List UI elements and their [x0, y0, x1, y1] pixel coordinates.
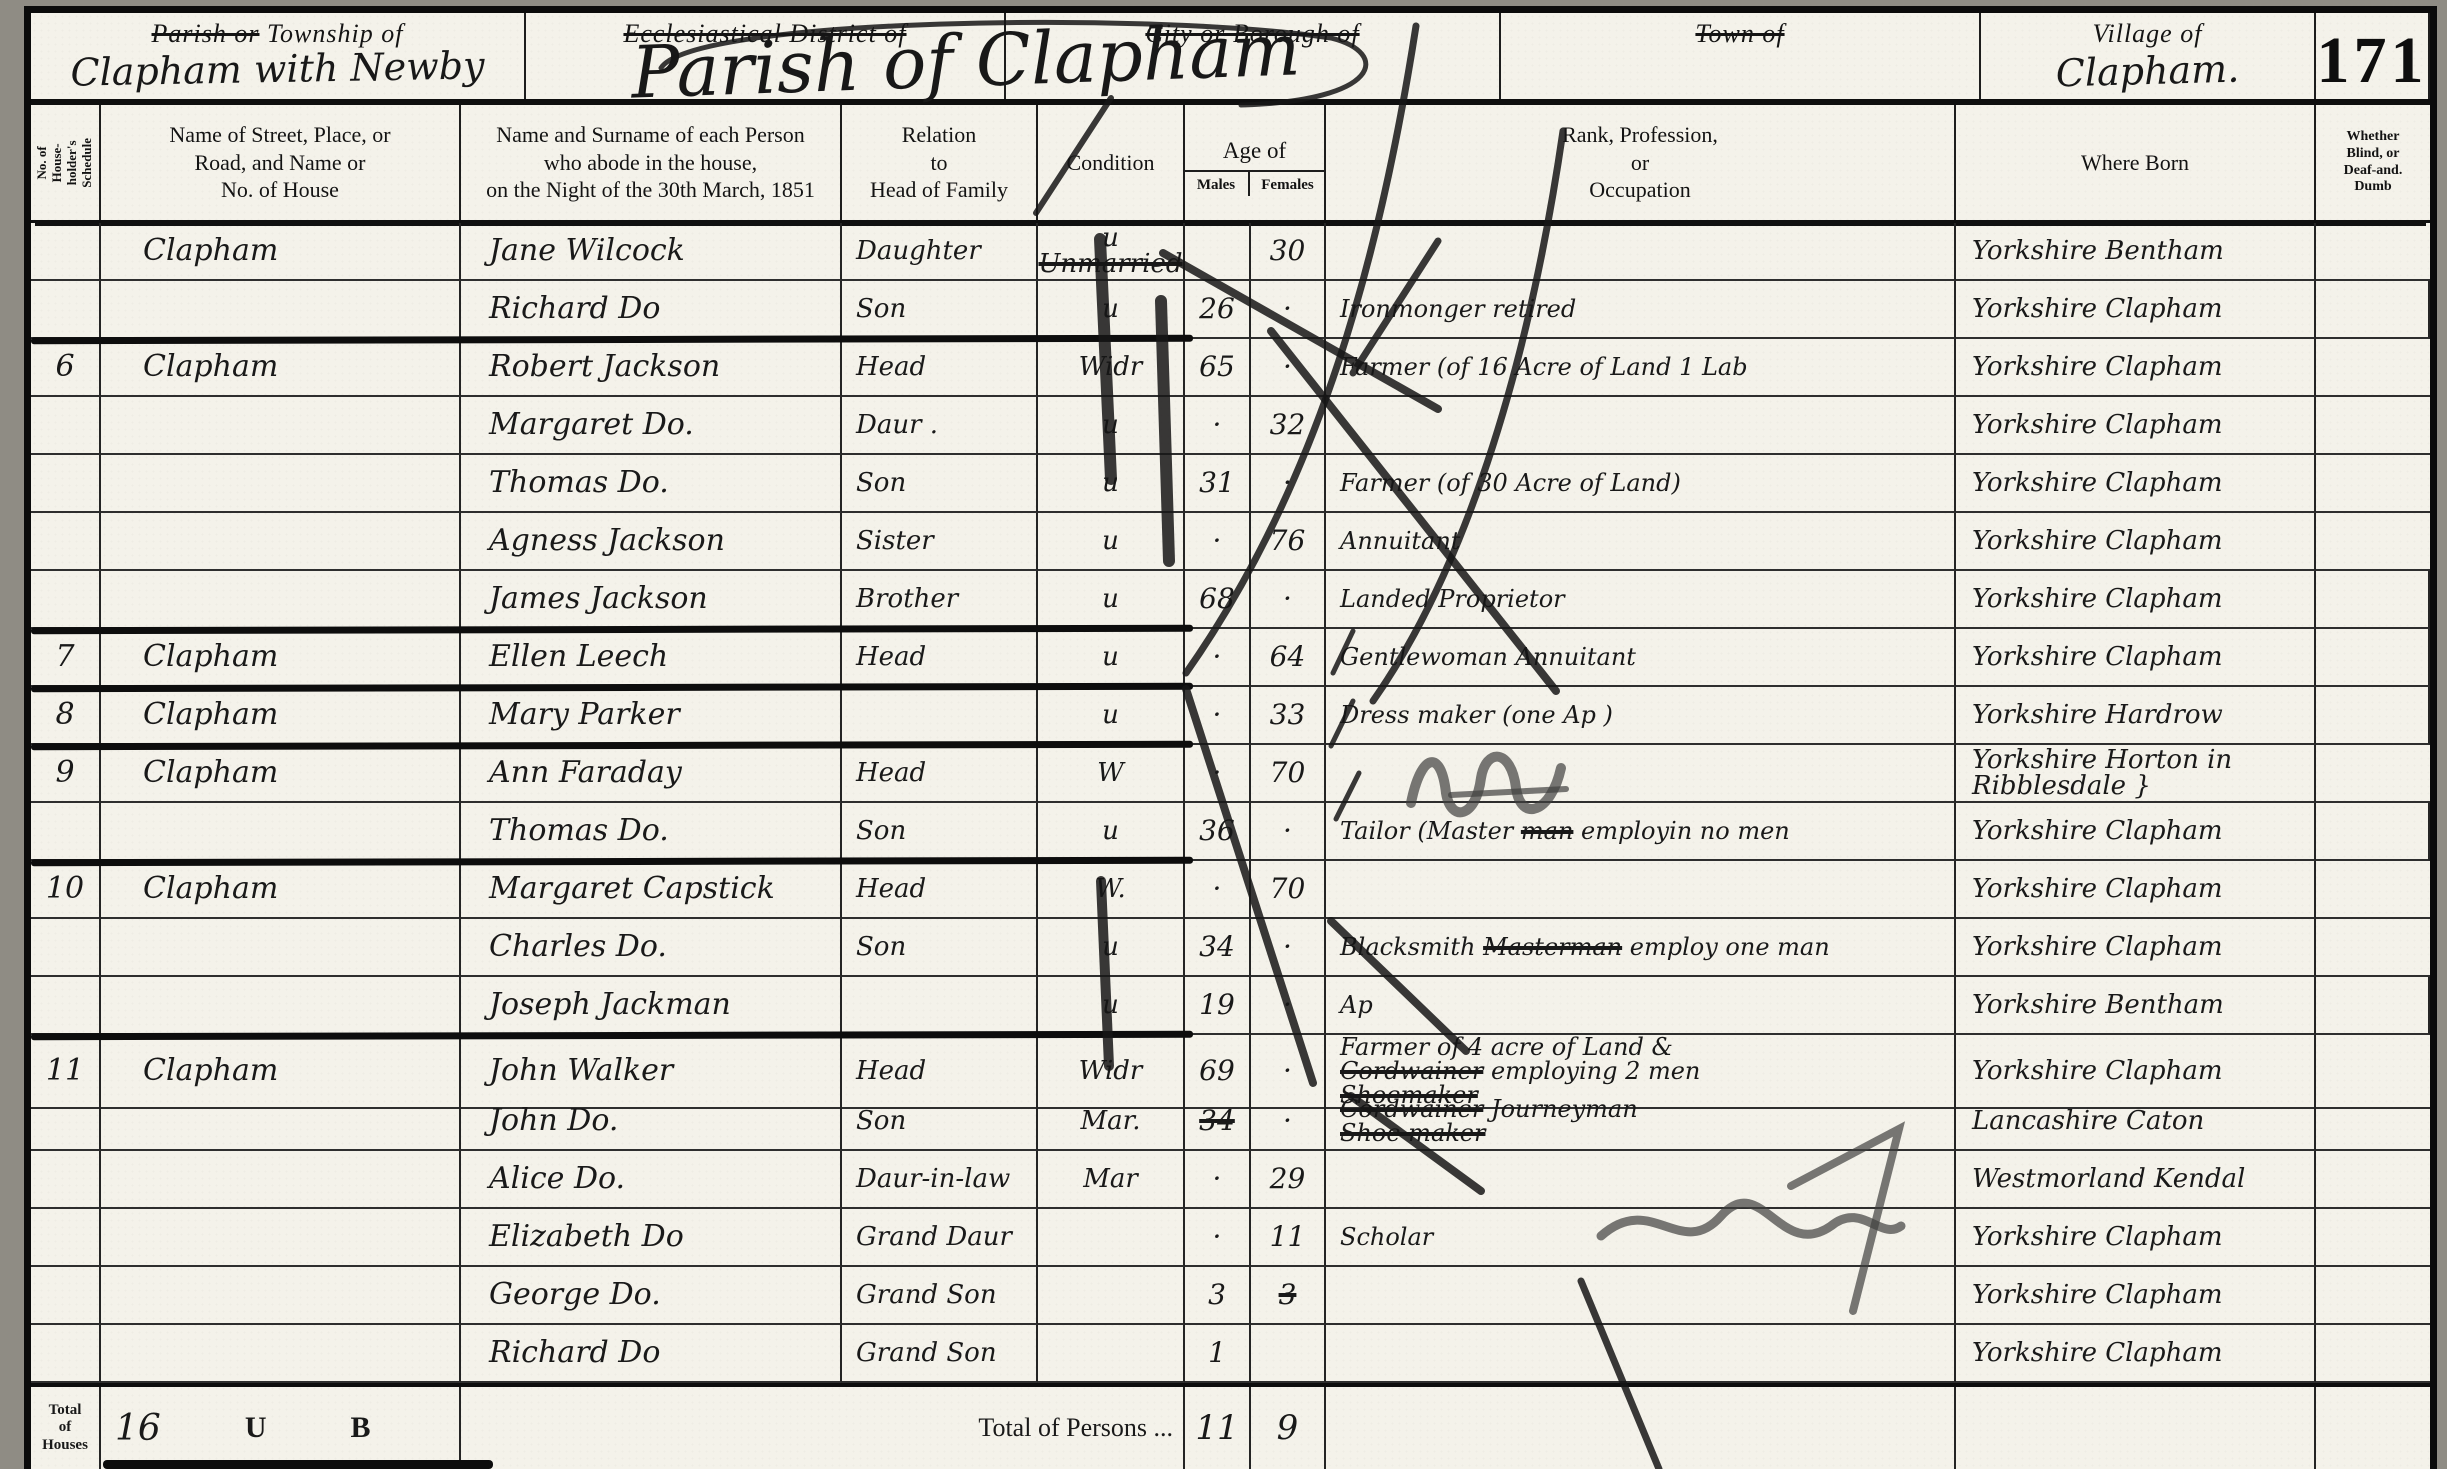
cell-age-female: ·: [1251, 919, 1326, 977]
cell-occupation: Annuitant: [1326, 513, 1956, 571]
cell-schedule-number: 9: [31, 745, 101, 803]
cell-person-name: Joseph Jackman: [461, 977, 842, 1035]
column-males: Males: [1184, 172, 1250, 197]
cell-blind-deaf: [2316, 1325, 2430, 1383]
cell-age-male: ·: [1185, 629, 1251, 687]
table-row: Joseph Jackmanu19·ApYorkshire Bentham: [31, 977, 2430, 1035]
cell-street-name: Clapham: [101, 339, 461, 397]
cell-relation: Head: [842, 629, 1038, 687]
cell-where-born: Westmorland Kendal: [1956, 1151, 2316, 1209]
cell-relation: Son: [842, 919, 1038, 977]
cell-age-male: ·: [1185, 687, 1251, 745]
table-row: 6ClaphamRobert JacksonHeadWidr65·Farmer …: [31, 339, 2430, 397]
cell-age-female: 32: [1251, 397, 1326, 455]
column-condition: Condition: [1038, 105, 1185, 220]
total-females: 9: [1251, 1387, 1326, 1469]
cell-occupation: Landed Proprietor: [1326, 571, 1956, 629]
table-row: Agness JacksonSisteru·76AnnuitantYorkshi…: [31, 513, 2430, 571]
column-name: Name and Surname of each Person who abod…: [461, 105, 842, 220]
cell-blind-deaf: [2316, 281, 2430, 339]
cell-age-female: ·: [1251, 571, 1326, 629]
cell-where-born: Yorkshire Bentham: [1956, 977, 2316, 1035]
cell-age-female: ·: [1251, 455, 1326, 513]
cell-schedule-number: [31, 1093, 101, 1151]
cell-street-name: Clapham: [101, 687, 461, 745]
table-row: Alice Do.Daur-in-lawMar·29Westmorland Ke…: [31, 1151, 2430, 1209]
city-borough-section: City or Borough of: [1006, 13, 1501, 99]
table-row: Thomas Do.Sonu36·Tailor (Master man empl…: [31, 803, 2430, 861]
cell-occupation: Farmer (of 30 Acre of Land): [1326, 455, 1956, 513]
cell-age-male: ·: [1185, 513, 1251, 571]
page-number: 171: [2316, 23, 2428, 99]
cell-occupation: [1326, 1267, 1956, 1325]
cell-schedule-number: [31, 223, 101, 281]
cell-relation: Son: [842, 455, 1038, 513]
cell-age-female: ·: [1251, 281, 1326, 339]
cell-where-born: Yorkshire Clapham: [1956, 397, 2316, 455]
cell-relation: Son: [842, 1093, 1038, 1151]
township-label-struck: Parish or: [152, 19, 260, 48]
table-row: Thomas Do.Sonu31·Farmer (of 30 Acre of L…: [31, 455, 2430, 513]
ecclesiastical-district-label: Ecclesiastical District of: [526, 19, 1004, 49]
cell-age-female: ·: [1251, 977, 1326, 1035]
table-row: James JacksonBrotheru68·Landed Proprieto…: [31, 571, 2430, 629]
cell-occupation: Blacksmith Masterman employ one man: [1326, 919, 1956, 977]
cell-person-name: Jane Wilcock: [461, 223, 842, 281]
cell-age-male: 34: [1185, 1093, 1251, 1151]
town-label: Town of: [1501, 19, 1979, 49]
cell-relation: Grand Son: [842, 1325, 1038, 1383]
cell-blind-deaf: [2316, 861, 2430, 919]
cell-blind-deaf: [2316, 977, 2430, 1035]
cell-street-name: Clapham: [101, 629, 461, 687]
cell-occupation: [1326, 861, 1956, 919]
page-number-section: 171: [2316, 13, 2430, 99]
township-section: Parish or Township of Clapham with Newby: [31, 13, 526, 99]
cell-person-name: Thomas Do.: [461, 803, 842, 861]
cell-where-born: Yorkshire Clapham: [1956, 1325, 2316, 1383]
cell-blind-deaf: [2316, 629, 2430, 687]
cell-age-male: 68: [1185, 571, 1251, 629]
cell-blind-deaf: [2316, 1093, 2430, 1151]
column-age-label: Age of: [1223, 129, 1286, 170]
cell-occupation: [1326, 397, 1956, 455]
cell-blind-deaf: [2316, 513, 2430, 571]
cell-where-born: Yorkshire Bentham: [1956, 223, 2316, 281]
cell-relation: Grand Daur: [842, 1209, 1038, 1267]
table-row: George Do.Grand Son33Yorkshire Clapham: [31, 1267, 2430, 1325]
cell-age-male: 3: [1185, 1267, 1251, 1325]
cell-schedule-number: 8: [31, 687, 101, 745]
totals-born-blank: [1956, 1387, 2316, 1469]
village-label: Village of: [1981, 19, 2314, 49]
cell-person-name: John Do.: [461, 1093, 842, 1151]
cell-age-male: ·: [1185, 745, 1251, 803]
cell-person-name: Ann Faraday: [461, 745, 842, 803]
cell-age-female: 70: [1251, 861, 1326, 919]
cell-relation: Son: [842, 281, 1038, 339]
cell-condition: W: [1038, 745, 1185, 803]
cell-blind-deaf: [2316, 571, 2430, 629]
cell-age-male: 19: [1185, 977, 1251, 1035]
cell-relation: Daur-in-law: [842, 1151, 1038, 1209]
table-row: 11ClaphamJohn WalkerHeadWidr69·Farmer of…: [31, 1035, 2430, 1093]
cell-relation: Sister: [842, 513, 1038, 571]
total-males: 11: [1185, 1387, 1251, 1469]
cell-person-name: Agness Jackson: [461, 513, 842, 571]
cell-age-female: ·: [1251, 1093, 1326, 1151]
cell-condition: [1038, 1209, 1185, 1267]
cell-condition: u: [1038, 281, 1185, 339]
table-row: ClaphamJane WilcockDaughteruUnmarried30Y…: [31, 223, 2430, 281]
cell-person-name: James Jackson: [461, 571, 842, 629]
building-column-letter: B: [350, 1411, 370, 1445]
cell-relation: Daur .: [842, 397, 1038, 455]
cell-street-name: [101, 455, 461, 513]
cell-schedule-number: [31, 1267, 101, 1325]
cell-condition: u: [1038, 571, 1185, 629]
cell-age-female: ·: [1251, 803, 1326, 861]
cell-schedule-number: [31, 455, 101, 513]
cell-age-female: [1251, 1325, 1326, 1383]
cell-street-name: [101, 1267, 461, 1325]
cell-blind-deaf: [2316, 745, 2430, 803]
table-row: 8ClaphamMary Parkeru·33Dress maker (one …: [31, 687, 2430, 745]
cell-age-female: 30: [1251, 223, 1326, 281]
cell-relation: Head: [842, 861, 1038, 919]
cell-person-name: Alice Do.: [461, 1151, 842, 1209]
cell-condition: uUnmarried: [1038, 223, 1185, 281]
ink-smear: [103, 1460, 493, 1469]
column-relation: Relation to Head of Family: [842, 105, 1038, 220]
cell-where-born: Yorkshire Horton in Ribblesdale }: [1956, 745, 2316, 803]
cell-blind-deaf: [2316, 1151, 2430, 1209]
cell-schedule-number: [31, 397, 101, 455]
cell-schedule-number: 10: [31, 861, 101, 919]
cell-occupation: [1326, 1151, 1956, 1209]
cell-relation: [842, 687, 1038, 745]
column-age-split: Males Females: [1184, 170, 1325, 197]
cell-person-name: Richard Do: [461, 1325, 842, 1383]
cell-person-name: Ellen Leech: [461, 629, 842, 687]
village-value: Clapham.: [1980, 45, 2314, 98]
table-row: Charles Do.Sonu34·Blacksmith Masterman e…: [31, 919, 2430, 977]
cell-relation: Son: [842, 803, 1038, 861]
cell-occupation: [1326, 223, 1956, 281]
cell-street-name: [101, 281, 461, 339]
cell-street-name: [101, 1151, 461, 1209]
cell-where-born: Yorkshire Clapham: [1956, 281, 2316, 339]
cell-where-born: Yorkshire Clapham: [1956, 1267, 2316, 1325]
cell-relation: [842, 977, 1038, 1035]
census-scan: { "header": { "page_number": "171", "tow…: [0, 0, 2447, 1469]
cell-age-female: 33: [1251, 687, 1326, 745]
cell-condition: u: [1038, 513, 1185, 571]
census-page: Parish or Township of Clapham with Newby…: [24, 6, 2437, 1469]
cell-age-female: ·: [1251, 339, 1326, 397]
column-street: Name of Street, Place, or Road, and Name…: [101, 105, 461, 220]
cell-blind-deaf: [2316, 397, 2430, 455]
totals-row: Total of Houses 16 U B Total of Persons …: [31, 1383, 2430, 1469]
table-row: Margaret Do.Daur .u·32Yorkshire Clapham: [31, 397, 2430, 455]
cell-person-name: Robert Jackson: [461, 339, 842, 397]
cell-schedule-number: [31, 281, 101, 339]
cell-where-born: Yorkshire Clapham: [1956, 1209, 2316, 1267]
cell-where-born: Yorkshire Clapham: [1956, 861, 2316, 919]
cell-schedule-number: 6: [31, 339, 101, 397]
cell-occupation: Farmer (of 16 Acre of Land 1 Lab: [1326, 339, 1956, 397]
cell-occupation: Cordwainer JourneymanShoe maker: [1326, 1093, 1956, 1151]
cell-occupation: Scholar: [1326, 1209, 1956, 1267]
cell-occupation: Ironmonger retired: [1326, 281, 1956, 339]
cell-condition: u: [1038, 687, 1185, 745]
cell-age-male: [1185, 223, 1251, 281]
column-females: Females: [1250, 172, 1325, 197]
cell-person-name: Thomas Do.: [461, 455, 842, 513]
cell-where-born: Yorkshire Clapham: [1956, 919, 2316, 977]
cell-where-born: Yorkshire Clapham: [1956, 513, 2316, 571]
cell-condition: u: [1038, 455, 1185, 513]
cell-street-name: Clapham: [101, 861, 461, 919]
cell-condition: u: [1038, 397, 1185, 455]
cell-blind-deaf: [2316, 339, 2430, 397]
cell-blind-deaf: [2316, 919, 2430, 977]
cell-condition: [1038, 1267, 1185, 1325]
cell-blind-deaf: [2316, 223, 2430, 281]
cell-condition: [1038, 1325, 1185, 1383]
cell-street-name: [101, 571, 461, 629]
column-schedule: No. of House- holder's Schedule: [31, 105, 101, 220]
cell-occupation: Gentlewoman Annuitant: [1326, 629, 1956, 687]
cell-relation: Grand Son: [842, 1267, 1038, 1325]
cell-blind-deaf: [2316, 1267, 2430, 1325]
cell-person-name: Mary Parker: [461, 687, 842, 745]
total-houses-value: 16: [115, 1408, 161, 1449]
column-blind-deaf: Whether Blind, or Deaf-and. Dumb: [2316, 105, 2430, 220]
table-row: John Do.SonMar.34·Cordwainer JourneymanS…: [31, 1093, 2430, 1151]
cell-street-name: Clapham: [101, 745, 461, 803]
column-where-born: Where Born: [1956, 105, 2316, 220]
cell-age-male: 26: [1185, 281, 1251, 339]
cell-age-male: 65: [1185, 339, 1251, 397]
cell-street-name: [101, 397, 461, 455]
ecclesiastical-district-section: Ecclesiastical District of: [526, 13, 1006, 99]
uninhabited-column-letter: U: [245, 1411, 267, 1445]
cell-blind-deaf: [2316, 1209, 2430, 1267]
cell-where-born: Yorkshire Clapham: [1956, 571, 2316, 629]
total-houses-label: Total of Houses: [31, 1387, 101, 1469]
totals-blind-blank: [2316, 1387, 2430, 1469]
cell-where-born: Yorkshire Clapham: [1956, 455, 2316, 513]
total-persons-label: Total of Persons ...: [461, 1387, 1185, 1469]
cell-relation: Brother: [842, 571, 1038, 629]
village-section: Village of Clapham.: [1981, 13, 2316, 99]
cell-schedule-number: [31, 977, 101, 1035]
cell-occupation: Ap: [1326, 977, 1956, 1035]
column-occupation: Rank, Profession, or Occupation: [1326, 105, 1956, 220]
table-row: Elizabeth DoGrand Daur·11ScholarYorkshir…: [31, 1209, 2430, 1267]
township-value: Clapham with Newby: [31, 43, 525, 96]
census-rows: ClaphamJane WilcockDaughteruUnmarried30Y…: [31, 223, 2430, 1383]
cell-schedule-number: [31, 513, 101, 571]
cell-occupation: Dress maker (one Ap ): [1326, 687, 1956, 745]
cell-blind-deaf: [2316, 455, 2430, 513]
cell-person-name: George Do.: [461, 1267, 842, 1325]
cell-schedule-number: [31, 803, 101, 861]
cell-age-female: 76: [1251, 513, 1326, 571]
cell-street-name: [101, 919, 461, 977]
cell-relation: Head: [842, 339, 1038, 397]
cell-relation: Daughter: [842, 223, 1038, 281]
cell-schedule-number: [31, 1151, 101, 1209]
cell-age-male: 36: [1185, 803, 1251, 861]
cell-condition: u: [1038, 977, 1185, 1035]
cell-street-name: [101, 1325, 461, 1383]
cell-schedule-number: 7: [31, 629, 101, 687]
column-header-row: No. of House- holder's Schedule Name of …: [31, 105, 2430, 223]
totals-occupation-blank: [1326, 1387, 1956, 1469]
cell-where-born: Yorkshire Clapham: [1956, 339, 2316, 397]
cell-condition: W.: [1038, 861, 1185, 919]
table-row: Richard DoSonu26·Ironmonger retiredYorks…: [31, 281, 2430, 339]
cell-condition: Mar: [1038, 1151, 1185, 1209]
city-borough-label: City or Borough of: [1006, 19, 1499, 49]
cell-occupation: Tailor (Master man employin no men: [1326, 803, 1956, 861]
cell-occupation: [1326, 1325, 1956, 1383]
cell-condition: u: [1038, 803, 1185, 861]
table-row: 9ClaphamAnn FaradayHeadW·70Yorkshire Hor…: [31, 745, 2430, 803]
cell-person-name: Margaret Capstick: [461, 861, 842, 919]
cell-schedule-number: [31, 1325, 101, 1383]
cell-person-name: Elizabeth Do: [461, 1209, 842, 1267]
cell-age-male: ·: [1185, 397, 1251, 455]
page-header: Parish or Township of Clapham with Newby…: [31, 13, 2430, 105]
table-row: 10ClaphamMargaret CapstickHeadW.·70Yorks…: [31, 861, 2430, 919]
table-row: Richard DoGrand Son1Yorkshire Clapham: [31, 1325, 2430, 1383]
cell-age-male: 31: [1185, 455, 1251, 513]
cell-age-male: ·: [1185, 1151, 1251, 1209]
cell-age-female: 3: [1251, 1267, 1326, 1325]
town-section: Town of: [1501, 13, 1981, 99]
cell-schedule-number: [31, 1209, 101, 1267]
table-row: 7ClaphamEllen LeechHeadu·64Gentlewoman A…: [31, 629, 2430, 687]
cell-where-born: Lancashire Caton: [1956, 1093, 2316, 1151]
total-houses-values: 16 U B: [101, 1387, 461, 1469]
cell-condition: Mar.: [1038, 1093, 1185, 1151]
cell-blind-deaf: [2316, 687, 2430, 745]
cell-age-male: 1: [1185, 1325, 1251, 1383]
cell-street-name: [101, 1209, 461, 1267]
cell-condition: u: [1038, 629, 1185, 687]
cell-condition: Widr: [1038, 339, 1185, 397]
cell-age-male: 34: [1185, 919, 1251, 977]
cell-age-female: 11: [1251, 1209, 1326, 1267]
cell-where-born: Yorkshire Clapham: [1956, 629, 2316, 687]
cell-age-male: ·: [1185, 861, 1251, 919]
cell-schedule-number: [31, 919, 101, 977]
cell-street-name: [101, 977, 461, 1035]
cell-person-name: Richard Do: [461, 281, 842, 339]
cell-person-name: Margaret Do.: [461, 397, 842, 455]
cell-person-name: Charles Do.: [461, 919, 842, 977]
cell-where-born: Yorkshire Hardrow: [1956, 687, 2316, 745]
cell-street-name: [101, 803, 461, 861]
cell-street-name: [101, 513, 461, 571]
cell-street-name: Clapham: [101, 223, 461, 281]
cell-blind-deaf: [2316, 803, 2430, 861]
cell-schedule-number: [31, 571, 101, 629]
cell-where-born: Yorkshire Clapham: [1956, 803, 2316, 861]
cell-occupation: [1326, 745, 1956, 803]
cell-street-name: [101, 1093, 461, 1151]
cell-age-female: 64: [1251, 629, 1326, 687]
column-age: Age of Males Females: [1185, 105, 1326, 220]
cell-condition: u: [1038, 919, 1185, 977]
cell-age-male: ·: [1185, 1209, 1251, 1267]
cell-relation: Head: [842, 745, 1038, 803]
cell-age-female: 29: [1251, 1151, 1326, 1209]
cell-age-female: 70: [1251, 745, 1326, 803]
